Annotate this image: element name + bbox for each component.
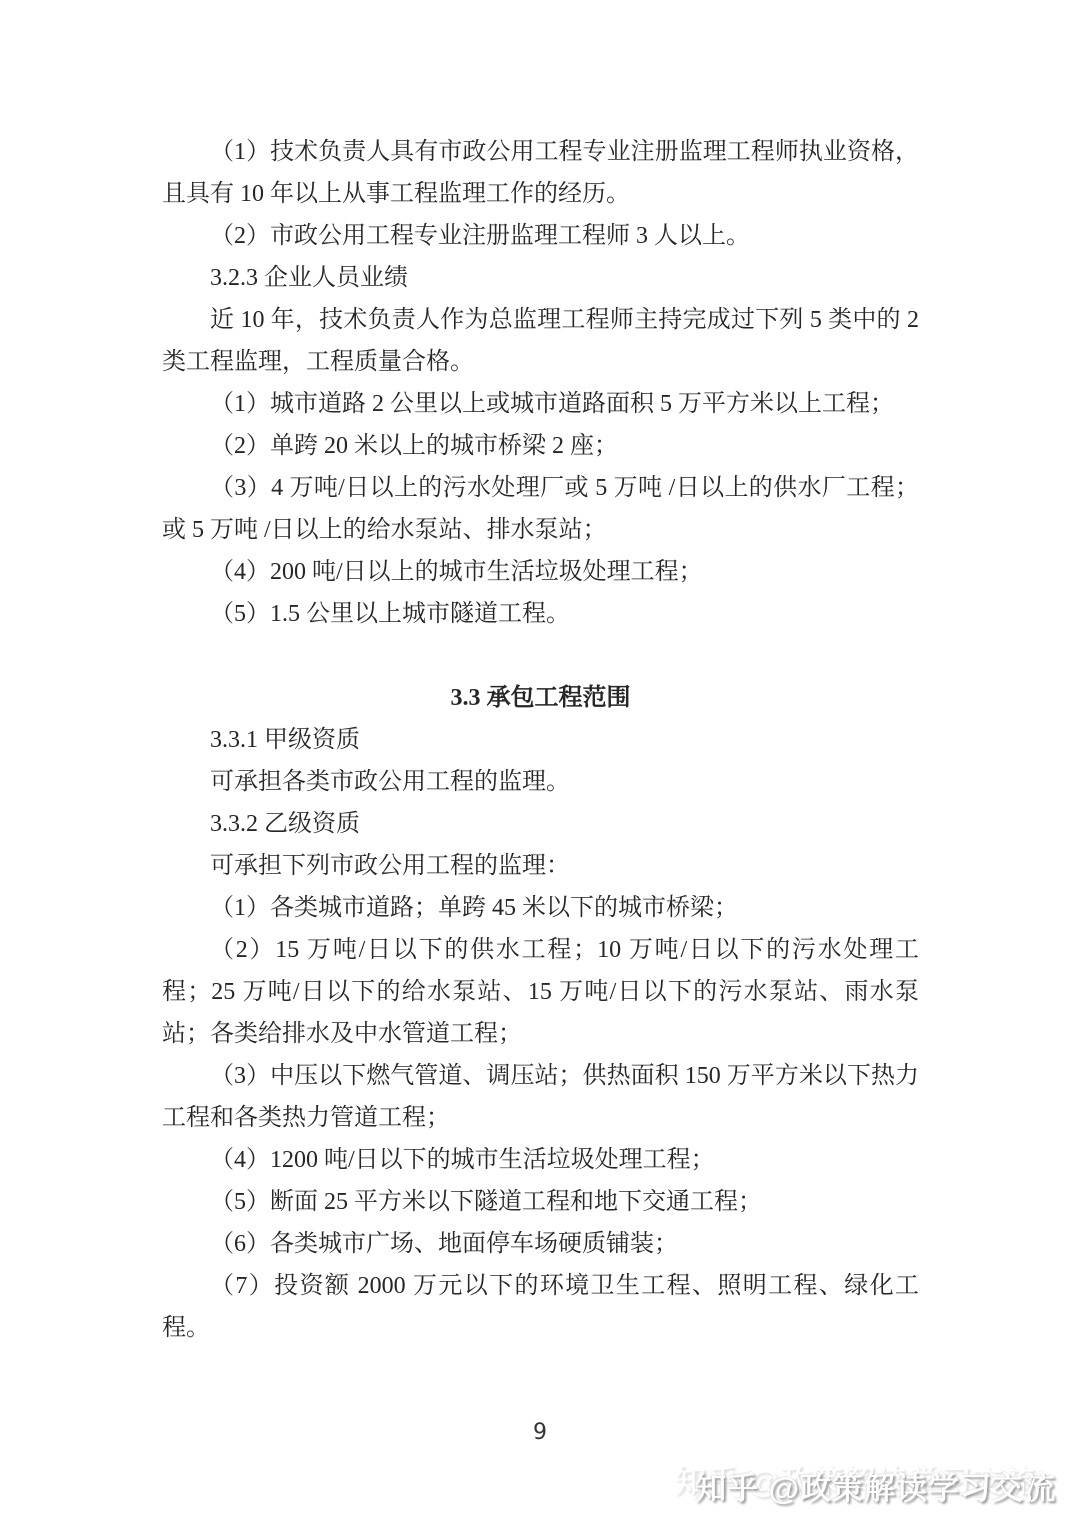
paragraph: （3）中压以下燃气管道、调压站；供热面积 150 万平方米以下热力工程和各类热力… xyxy=(162,1055,919,1139)
paragraph: （5）1.5 公里以上城市隧道工程。 xyxy=(162,593,919,635)
paragraph: （2）单跨 20 米以上的城市桥梁 2 座； xyxy=(162,425,919,467)
paragraph: 3.2.3 企业人员业绩 xyxy=(162,257,919,299)
paragraph: （4）200 吨/日以上的城市生活垃圾处理工程； xyxy=(162,551,919,593)
paragraph: 可承担下列市政公用工程的监理： xyxy=(162,845,919,887)
document-page: （1）技术负责人具有市政公用工程专业注册监理工程师执业资格，且具有 10 年以上… xyxy=(0,0,1080,1527)
paragraph: （1）各类城市道路；单跨 45 米以下的城市桥梁； xyxy=(162,887,919,929)
paragraph: （1）技术负责人具有市政公用工程专业注册监理工程师执业资格，且具有 10 年以上… xyxy=(162,131,919,215)
paragraph: （4）1200 吨/日以下的城市生活垃圾处理工程； xyxy=(162,1139,919,1181)
paragraph: （3）4 万吨/日以上的污水处理厂或 5 万吨 /日以上的供水厂工程；或 5 万… xyxy=(162,467,919,551)
section-heading: 3.3 承包工程范围 xyxy=(162,677,919,719)
paragraph: （5）断面 25 平方米以下隧道工程和地下交通工程； xyxy=(162,1181,919,1223)
paragraph: （6）各类城市广场、地面停车场硬质铺装； xyxy=(162,1223,919,1265)
watermark: 知乎 @政策解读学习交流 xyxy=(695,1471,1056,1507)
paragraph: 3.3.1 甲级资质 xyxy=(162,719,919,761)
paragraph: 3.3.2 乙级资质 xyxy=(162,803,919,845)
paragraph: （2）15 万吨/日以下的供水工程；10 万吨/日以下的污水处理工程；25 万吨… xyxy=(162,929,919,1055)
paragraph: （7）投资额 2000 万元以下的环境卫生工程、照明工程、绿化工程。 xyxy=(162,1265,919,1349)
paragraph: 近 10 年，技术负责人作为总监理工程师主持完成过下列 5 类中的 2 类工程监… xyxy=(162,299,919,383)
document-body: （1）技术负责人具有市政公用工程专业注册监理工程师执业资格，且具有 10 年以上… xyxy=(162,131,919,1349)
paragraph: （2）市政公用工程专业注册监理工程师 3 人以上。 xyxy=(162,215,919,257)
paragraph: 可承担各类市政公用工程的监理。 xyxy=(162,761,919,803)
page-number: 9 xyxy=(0,1421,1080,1445)
paragraph: （1）城市道路 2 公里以上或城市道路面积 5 万平方米以上工程； xyxy=(162,383,919,425)
